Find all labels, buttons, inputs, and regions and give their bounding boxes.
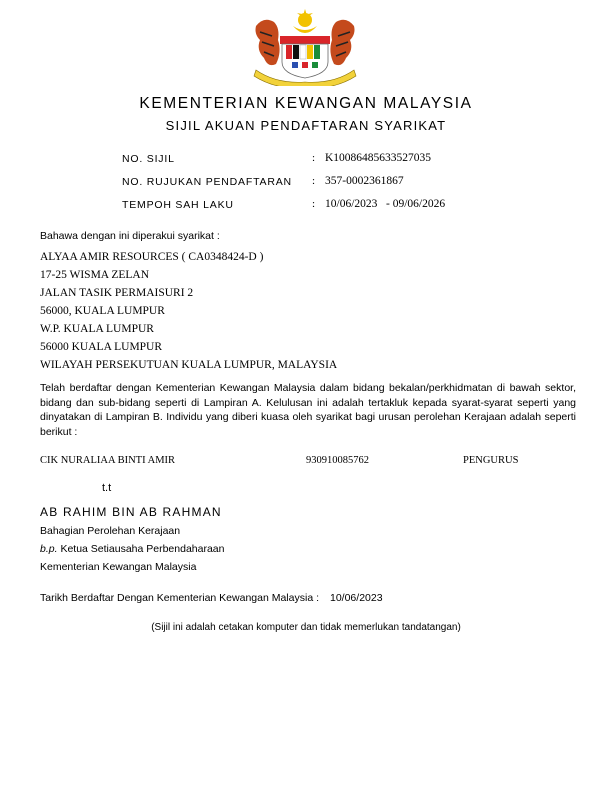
- signer-title: b.p. Ketua Setiausaha Perbendaharaan: [40, 543, 225, 555]
- person-name: CIK NURALIAA BINTI AMIR: [40, 455, 175, 466]
- certificate-title: SIJIL AKUAN PENDAFTARAN SYARIKAT: [0, 118, 612, 133]
- malaysia-coat-of-arms-icon: [246, 6, 364, 86]
- ministry-title: KEMENTERIAN KEWANGAN MALAYSIA: [0, 95, 612, 113]
- computer-generated-note: (Sijil ini adalah cetakan komputer dan t…: [0, 622, 612, 633]
- signer-ministry: Kementerian Kewangan Malaysia: [40, 561, 196, 573]
- address-line: 56000, KUALA LUMPUR: [40, 305, 165, 317]
- signature-tt: t.t: [102, 482, 111, 494]
- bp-abbreviation: b.p.: [40, 543, 58, 555]
- registration-paragraph: Telah berdaftar dengan Kementerian Kewan…: [40, 381, 576, 439]
- address-line: JALAN TASIK PERMAISURI 2: [40, 287, 193, 299]
- registration-reference-value: 357-0002361867: [325, 175, 404, 187]
- detail-colon: :: [312, 152, 315, 164]
- registration-date-label: Tarikh Berdaftar Dengan Kementerian Kewa…: [40, 592, 319, 604]
- person-position: PENGURUS: [463, 455, 518, 466]
- person-ic-number: 930910085762: [306, 455, 369, 466]
- registration-date-value: 10/06/2023: [330, 592, 383, 604]
- address-line: 17-25 WISMA ZELAN: [40, 269, 149, 281]
- signer-position: Ketua Setiausaha Perbendaharaan: [60, 543, 224, 555]
- address-line: W.P. KUALA LUMPUR: [40, 323, 154, 335]
- validity-period-label: TEMPOH SAH LAKU: [122, 199, 234, 211]
- intro-text: Bahawa dengan ini diperakui syarikat :: [40, 230, 220, 242]
- address-line: WILAYAH PERSEKUTUAN KUALA LUMPUR, MALAYS…: [40, 359, 337, 371]
- detail-colon: :: [312, 175, 315, 187]
- signer-division: Bahagian Perolehan Kerajaan: [40, 525, 180, 537]
- company-name: ALYAA AMIR RESOURCES ( CA0348424-D ): [40, 251, 263, 263]
- registration-reference-label: NO. RUJUKAN PENDAFTARAN: [122, 176, 292, 188]
- certificate-number-label: NO. SIJIL: [122, 153, 175, 165]
- validity-period-value: 10/06/2023 - 09/06/2026: [325, 198, 445, 210]
- address-line: 56000 KUALA LUMPUR: [40, 341, 162, 353]
- certificate-number-value: K10086485633527035: [325, 152, 431, 164]
- detail-colon: :: [312, 198, 315, 210]
- signer-name: AB RAHIM BIN AB RAHMAN: [40, 505, 222, 519]
